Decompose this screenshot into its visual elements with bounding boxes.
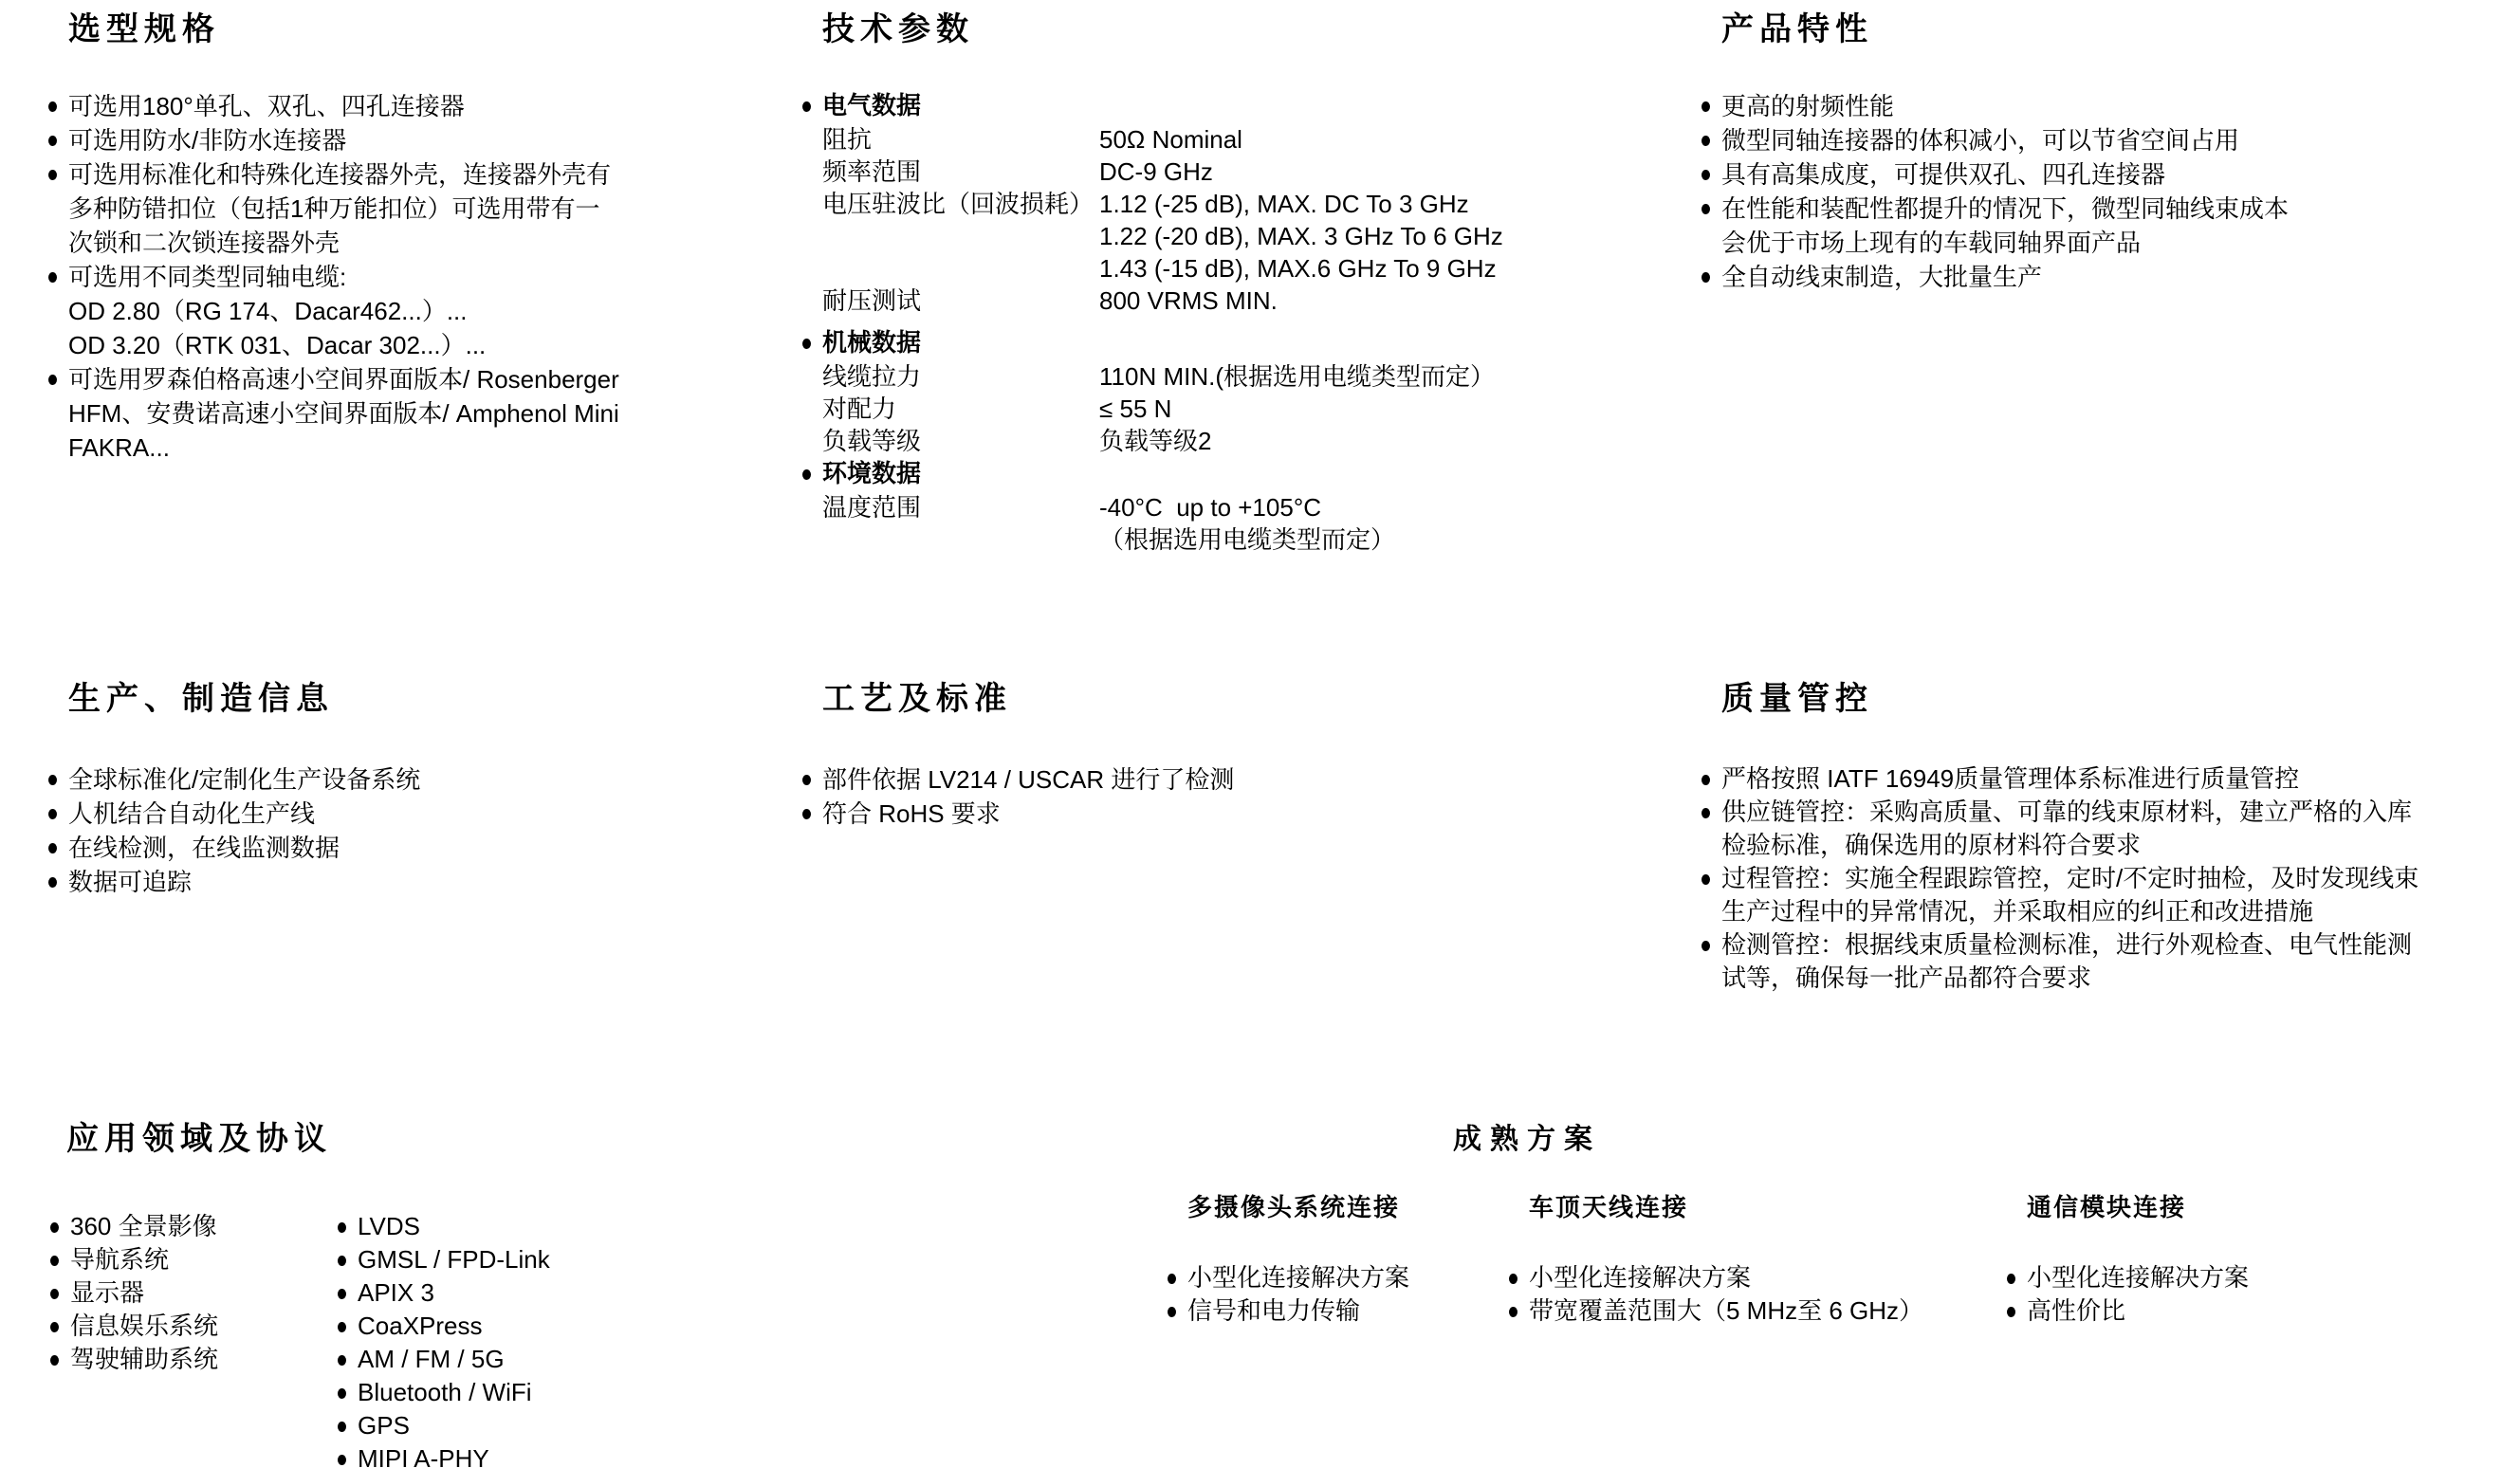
bullet-text: 次锁和二次锁连接器外壳 — [68, 229, 340, 257]
list-item: Bluetooth / WiFi — [358, 1376, 550, 1409]
bullet-item-continuation: 检验标准，确保选用的原材料符合要求 — [1721, 829, 2419, 862]
param-group-heading-text: 机械数据 — [822, 329, 921, 357]
bullet-text: 试等，确保每一批产品都符合要求 — [1721, 963, 2091, 992]
bullet-text: 部件依据 LV214 / USCAR 进行了检测 — [822, 765, 1234, 794]
bullet-dot-icon — [338, 1222, 346, 1233]
bullet-text: 具有高集成度，可提供双孔、四孔连接器 — [1721, 160, 2165, 189]
list-item-text: APIX 3 — [358, 1278, 434, 1307]
bullet-item: 小型化连接解决方案 — [1529, 1261, 1923, 1294]
param-row: 温度范围-40°C up to +105°C — [822, 491, 1503, 523]
solution-heading: 车顶天线连接 — [1529, 1191, 1923, 1225]
section-applications-title: 应用领域及协议 — [66, 1121, 332, 1159]
bullet-item-continuation: 多种防错扣位（包括1种万能扣位）可选用带有一 — [68, 192, 619, 226]
param-row: 线缆拉力110N MIN.(根据选用电缆类型而定） — [822, 360, 1503, 393]
list-item-text: GPS — [358, 1411, 410, 1440]
list-item-text: AM / FM / 5G — [358, 1345, 505, 1373]
bullet-dot-icon — [48, 272, 57, 283]
bullet-item: 符合 RoHS 要求 — [822, 797, 1234, 831]
param-label: 电压驻波比（回波损耗） — [822, 188, 1099, 220]
list-item-text: 导航系统 — [70, 1245, 169, 1274]
section-product-features: 产品特性 更高的射频性能 微型同轴连接器的体积减小，可以节省空间占用 具有高集成… — [1721, 11, 2289, 294]
list-item: AM / FM / 5G — [358, 1343, 550, 1376]
solution-heading: 通信模块连接 — [2027, 1191, 2249, 1225]
section-title: 工艺及标准 — [822, 681, 1234, 719]
param-label: 温度范围 — [822, 491, 1099, 523]
bullet-item: 小型化连接解决方案 — [1187, 1261, 1409, 1294]
list-item: CoaXPress — [358, 1310, 550, 1343]
list-item: MIPI A-PHY — [358, 1442, 550, 1468]
bullet-item-continuation: OD 3.20（RTK 031、Dacar 302...）... — [68, 328, 619, 362]
section-quality-control: 质量管控 严格按照 IATF 16949质量管理体系标准进行质量管控 供应链管控… — [1721, 681, 2419, 995]
param-group-heading-text: 电气数据 — [822, 92, 921, 119]
bullet-text: 会优于市场上现有的车载同轴界面产品 — [1721, 229, 2141, 257]
bullet-dot-icon — [50, 1289, 59, 1299]
bullet-item: 小型化连接解决方案 — [2027, 1261, 2249, 1294]
bullet-text: 检验标准，确保选用的原材料符合要求 — [1721, 831, 2141, 859]
bullet-dot-icon — [802, 809, 811, 819]
param-group-heading: 机械数据 — [822, 326, 1503, 360]
param-value: 110N MIN.(根据选用电缆类型而定） — [1099, 362, 1495, 391]
bullet-item: 信号和电力传输 — [1187, 1294, 1409, 1328]
bullet-dot-icon — [338, 1322, 346, 1332]
param-value: DC-9 GHz — [1099, 157, 1213, 186]
bullet-dot-icon — [338, 1256, 346, 1266]
bullet-dot-icon — [50, 1256, 59, 1266]
bullet-text: 过程管控：实施全程跟踪管控，定时/不定时抽检，及时发现线束 — [1721, 864, 2419, 892]
bullet-dot-icon — [1509, 1307, 1518, 1317]
bullet-dot-icon — [50, 1355, 59, 1366]
bullet-dot-icon — [1701, 204, 1710, 214]
param-value: ≤ 55 N — [1099, 395, 1171, 423]
param-group-environmental: 环境数据 温度范围-40°C up to +105°C （根据选用电缆类型而定） — [822, 457, 1503, 556]
bullet-text: 多种防错扣位（包括1种万能扣位）可选用带有一 — [68, 194, 599, 223]
bullet-item: 部件依据 LV214 / USCAR 进行了检测 — [822, 762, 1234, 797]
param-row-continuation: （根据选用电缆类型而定） — [822, 523, 1503, 556]
bullet-item: 可选用防水/非防水连接器 — [68, 123, 619, 157]
bullet-item-continuation: 试等，确保每一批产品都符合要求 — [1721, 962, 2419, 995]
quality-bullet-list: 严格按照 IATF 16949质量管理体系标准进行质量管控 供应链管控：采购高质… — [1721, 762, 2419, 995]
bullet-text: 符合 RoHS 要求 — [822, 799, 1001, 828]
bullet-dot-icon — [1701, 941, 1710, 951]
bullet-text: 小型化连接解决方案 — [2027, 1263, 2249, 1292]
bullet-dot-icon — [2007, 1274, 2015, 1284]
bullet-text: 可选用不同类型同轴电缆: — [68, 263, 346, 291]
bullet-dot-icon — [48, 136, 57, 146]
list-item: 信息娱乐系统 — [70, 1310, 218, 1343]
param-group-electrical: 电气数据 阻抗50Ω Nominal 频率范围DC-9 GHz 电压驻波比（回波… — [822, 89, 1503, 317]
param-group-heading: 环境数据 — [822, 457, 1503, 491]
param-row: 频率范围DC-9 GHz — [822, 156, 1503, 188]
param-label: 对配力 — [822, 393, 1099, 425]
bullet-item: 全球标准化/定制化生产设备系统 — [68, 762, 420, 797]
list-item: 360 全景影像 — [70, 1210, 218, 1243]
bullet-text: 数据可追踪 — [68, 868, 192, 896]
list-item-text: GMSL / FPD-Link — [358, 1245, 550, 1274]
bullet-item: 供应链管控：采购高质量、可靠的线束原材料，建立严格的入库 — [1721, 796, 2419, 829]
bullet-text: 全自动线束制造，大批量生产 — [1721, 263, 2042, 291]
bullet-dot-icon — [48, 877, 57, 888]
param-row: 对配力≤ 55 N — [822, 393, 1503, 425]
bullet-dot-icon — [48, 375, 57, 385]
bullet-item: 具有高集成度，可提供双孔、四孔连接器 — [1721, 157, 2289, 192]
list-item: APIX 3 — [358, 1276, 550, 1310]
section-process-standards: 工艺及标准 部件依据 LV214 / USCAR 进行了检测 符合 RoHS 要… — [822, 681, 1234, 831]
bullet-text: HFM、安费诺高速小空间界面版本/ Amphenol Mini — [68, 399, 619, 428]
selection-bullet-list: 可选用180°单孔、双孔、四孔连接器 可选用防水/非防水连接器 可选用标准化和特… — [68, 89, 619, 465]
section-title: 产品特性 — [1721, 11, 2289, 49]
param-row: 阻抗50Ω Nominal — [822, 123, 1503, 156]
bullet-item: 数据可追踪 — [68, 865, 420, 899]
bullet-dot-icon — [1168, 1274, 1176, 1284]
bullet-dot-icon — [1701, 136, 1710, 146]
bullet-item: 过程管控：实施全程跟踪管控，定时/不定时抽检，及时发现线束 — [1721, 862, 2419, 895]
solution-column-roof-antenna: 车顶天线连接 小型化连接解决方案 带宽覆盖范围大（5 MHz至 6 GHz） — [1529, 1191, 1923, 1328]
bullet-dot-icon — [1701, 272, 1710, 283]
param-value: 800 VRMS MIN. — [1099, 286, 1278, 315]
bullet-text: FAKRA... — [68, 433, 170, 462]
bullet-dot-icon — [50, 1322, 59, 1332]
param-label: 频率范围 — [822, 156, 1099, 188]
param-row: 电压驻波比（回波损耗）1.12 (-25 dB), MAX. DC To 3 G… — [822, 188, 1503, 220]
bullet-dot-icon — [50, 1222, 59, 1233]
bullet-text: OD 2.80（RG 174、Dacar462...）... — [68, 297, 468, 325]
bullet-text: 高性价比 — [2027, 1296, 2125, 1325]
bullet-text: 小型化连接解决方案 — [1187, 1263, 1409, 1292]
bullet-dot-icon — [48, 809, 57, 819]
bullet-text: 可选用180°单孔、双孔、四孔连接器 — [68, 92, 465, 120]
param-value: -40°C up to +105°C — [1099, 493, 1321, 522]
bullet-item: 在性能和装配性都提升的情况下，微型同轴线束成本 — [1721, 192, 2289, 226]
bullet-text: 检测管控：根据线束质量检测标准，进行外观检查、电气性能测 — [1721, 930, 2412, 959]
param-group-heading-text: 环境数据 — [822, 460, 921, 487]
section-title: 质量管控 — [1721, 681, 2419, 719]
bullet-dot-icon — [1509, 1274, 1518, 1284]
bullet-text: 人机结合自动化生产线 — [68, 799, 315, 828]
features-bullet-list: 更高的射频性能 微型同轴连接器的体积减小，可以节省空间占用 具有高集成度，可提供… — [1721, 89, 2289, 294]
bullet-dot-icon — [48, 101, 57, 112]
bullet-item: 人机结合自动化生产线 — [68, 797, 420, 831]
param-group-heading: 电气数据 — [822, 89, 1503, 123]
bullet-dot-icon — [802, 775, 811, 785]
bullet-text: 可选用罗森伯格高速小空间界面版本/ Rosenberger — [68, 365, 619, 394]
bullet-text: 微型同轴连接器的体积减小，可以节省空间占用 — [1721, 126, 2239, 155]
section-selection-specs: 选型规格 可选用180°单孔、双孔、四孔连接器 可选用防水/非防水连接器 可选用… — [68, 11, 619, 465]
bullet-dot-icon — [338, 1388, 346, 1399]
param-label: 负载等级 — [822, 425, 1099, 457]
bullet-item: 可选用不同类型同轴电缆: — [68, 260, 619, 294]
bullet-dot-icon — [1701, 170, 1710, 180]
manufacturing-bullet-list: 全球标准化/定制化生产设备系统 人机结合自动化生产线 在线检测，在线监测数据 数… — [68, 762, 420, 899]
bullet-item-continuation: 生产过程中的异常情况，并采取相应的纠正和改进措施 — [1721, 895, 2419, 928]
param-label: 线缆拉力 — [822, 360, 1099, 393]
solution-heading: 多摄像头系统连接 — [1187, 1191, 1409, 1225]
bullet-dot-icon — [48, 775, 57, 785]
bullet-dot-icon — [1168, 1307, 1176, 1317]
bullet-text: 生产过程中的异常情况，并采取相应的纠正和改进措施 — [1721, 897, 2313, 926]
bullet-text: 全球标准化/定制化生产设备系统 — [68, 765, 420, 794]
param-value: 负载等级2 — [1099, 427, 1211, 455]
section-solutions-title: 成熟方案 — [1453, 1123, 1601, 1157]
param-row: 负载等级负载等级2 — [822, 425, 1503, 457]
bullet-text: 小型化连接解决方案 — [1529, 1263, 1751, 1292]
solution-column-multi-camera: 多摄像头系统连接 小型化连接解决方案 信号和电力传输 — [1187, 1191, 1409, 1328]
param-label: 耐压测试 — [822, 284, 1099, 317]
datasheet-page: 选型规格 可选用180°单孔、双孔、四孔连接器 可选用防水/非防水连接器 可选用… — [0, 0, 2520, 1468]
param-value: 1.22 (-20 dB), MAX. 3 GHz To 6 GHz — [1099, 222, 1503, 250]
application-areas-list: 360 全景影像 导航系统 显示器 信息娱乐系统 驾驶辅助系统 — [70, 1210, 218, 1376]
bullet-item: 可选用180°单孔、双孔、四孔连接器 — [68, 89, 619, 123]
section-manufacturing-info: 生产、制造信息 全球标准化/定制化生产设备系统 人机结合自动化生产线 在线检测，… — [68, 681, 420, 899]
bullet-dot-icon — [802, 339, 811, 349]
bullet-item: 可选用标准化和特殊化连接器外壳，连接器外壳有 — [68, 157, 619, 192]
bullet-dot-icon — [338, 1422, 346, 1432]
list-item: GPS — [358, 1409, 550, 1442]
bullet-item: 检测管控：根据线束质量检测标准，进行外观检查、电气性能测 — [1721, 928, 2419, 962]
param-group-mechanical: 机械数据 线缆拉力110N MIN.(根据选用电缆类型而定） 对配力≤ 55 N… — [822, 326, 1503, 457]
bullet-dot-icon — [338, 1355, 346, 1366]
section-tech-params: 技术参数 电气数据 阻抗50Ω Nominal 频率范围DC-9 GHz 电压驻… — [822, 11, 1503, 556]
list-item: 导航系统 — [70, 1243, 218, 1276]
bullet-dot-icon — [802, 469, 811, 480]
solution-column-comm-module: 通信模块连接 小型化连接解决方案 高性价比 — [2027, 1191, 2249, 1328]
bullet-text: 供应链管控：采购高质量、可靠的线束原材料，建立严格的入库 — [1721, 798, 2412, 826]
param-value: 1.12 (-25 dB), MAX. DC To 3 GHz — [1099, 190, 1469, 218]
param-value: 50Ω Nominal — [1099, 125, 1242, 154]
section-title: 生产、制造信息 — [68, 681, 420, 719]
bullet-text: 信号和电力传输 — [1187, 1296, 1360, 1325]
bullet-item-continuation: 次锁和二次锁连接器外壳 — [68, 226, 619, 260]
bullet-item: 可选用罗森伯格高速小空间界面版本/ Rosenberger — [68, 362, 619, 396]
bullet-item: 严格按照 IATF 16949质量管理体系标准进行质量管控 — [1721, 762, 2419, 796]
param-row-continuation: 1.43 (-15 dB), MAX.6 GHz To 9 GHz — [822, 252, 1503, 284]
list-item-text: MIPI A-PHY — [358, 1444, 489, 1468]
list-item: 显示器 — [70, 1276, 218, 1310]
list-item-text: 360 全景影像 — [70, 1212, 217, 1240]
list-item-text: LVDS — [358, 1212, 420, 1240]
bullet-text: OD 3.20（RTK 031、Dacar 302...）... — [68, 331, 486, 359]
bullet-text: 带宽覆盖范围大（5 MHz至 6 GHz） — [1529, 1296, 1923, 1325]
param-row: 耐压测试800 VRMS MIN. — [822, 284, 1503, 317]
bullet-item-continuation: HFM、安费诺高速小空间界面版本/ Amphenol Mini — [68, 396, 619, 431]
bullet-item: 全自动线束制造，大批量生产 — [1721, 260, 2289, 294]
bullet-dot-icon — [1701, 808, 1710, 818]
bullet-item-continuation: FAKRA... — [68, 431, 619, 465]
list-item: GMSL / FPD-Link — [358, 1243, 550, 1276]
bullet-item: 更高的射频性能 — [1721, 89, 2289, 123]
bullet-dot-icon — [802, 101, 811, 112]
section-title: 技术参数 — [822, 11, 1503, 49]
bullet-item: 在线检测，在线监测数据 — [68, 831, 420, 865]
bullet-dot-icon — [1701, 874, 1710, 885]
bullet-item: 高性价比 — [2027, 1294, 2249, 1328]
list-item-text: CoaXPress — [358, 1312, 483, 1340]
bullet-dot-icon — [48, 170, 57, 180]
bullet-text: 在线检测，在线监测数据 — [68, 834, 340, 862]
section-title: 成熟方案 — [1453, 1123, 1601, 1157]
list-item: LVDS — [358, 1210, 550, 1243]
bullet-dot-icon — [338, 1289, 346, 1299]
bullet-dot-icon — [1701, 775, 1710, 785]
standards-bullet-list: 部件依据 LV214 / USCAR 进行了检测 符合 RoHS 要求 — [822, 762, 1234, 831]
bullet-dot-icon — [2007, 1307, 2015, 1317]
bullet-dot-icon — [338, 1455, 346, 1465]
list-item: 驾驶辅助系统 — [70, 1343, 218, 1376]
bullet-dot-icon — [48, 843, 57, 853]
bullet-dot-icon — [1701, 101, 1710, 112]
list-item-text: 显示器 — [70, 1278, 144, 1307]
section-title: 应用领域及协议 — [66, 1121, 332, 1159]
list-item-text: Bluetooth / WiFi — [358, 1378, 532, 1406]
param-row-continuation: 1.22 (-20 dB), MAX. 3 GHz To 6 GHz — [822, 220, 1503, 252]
bullet-item: 微型同轴连接器的体积减小，可以节省空间占用 — [1721, 123, 2289, 157]
protocols-list: LVDS GMSL / FPD-Link APIX 3 CoaXPress AM… — [358, 1210, 550, 1468]
bullet-text: 更高的射频性能 — [1721, 92, 1894, 120]
bullet-text: 可选用标准化和特殊化连接器外壳，连接器外壳有 — [68, 160, 611, 189]
bullet-text: 严格按照 IATF 16949质量管理体系标准进行质量管控 — [1721, 764, 2299, 793]
param-value: 1.43 (-15 dB), MAX.6 GHz To 9 GHz — [1099, 254, 1497, 283]
list-item-text: 信息娱乐系统 — [70, 1312, 218, 1340]
section-title: 选型规格 — [68, 11, 619, 49]
param-label: 阻抗 — [822, 123, 1099, 156]
bullet-item-continuation: 会优于市场上现有的车载同轴界面产品 — [1721, 226, 2289, 260]
bullet-item: 带宽覆盖范围大（5 MHz至 6 GHz） — [1529, 1294, 1923, 1328]
bullet-text: 可选用防水/非防水连接器 — [68, 126, 346, 155]
bullet-item-continuation: OD 2.80（RG 174、Dacar462...）... — [68, 294, 619, 328]
list-item-text: 驾驶辅助系统 — [70, 1345, 218, 1373]
param-value: （根据选用电缆类型而定） — [1099, 525, 1395, 554]
bullet-text: 在性能和装配性都提升的情况下，微型同轴线束成本 — [1721, 194, 2289, 223]
